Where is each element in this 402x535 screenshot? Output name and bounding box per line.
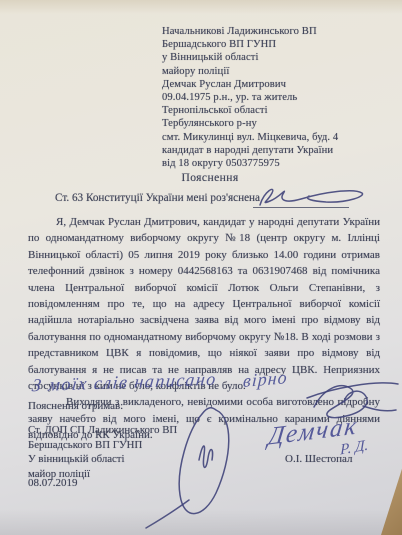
declarant-status-line: кандидат в народні депутати України: [162, 144, 394, 157]
addressee-line: у Вінницькій області: [162, 51, 394, 64]
article-63-line: Ст. 63 Конституції України мені роз'ясне…: [55, 192, 260, 204]
declarant-phone-line: від 18 округу 0503775975: [162, 157, 394, 170]
declarant-birth-line: 09.04.1975 р.н., ур. та житель: [162, 91, 394, 104]
document-photo: Начальникові Ладижинського ВП Бершадсько…: [0, 0, 402, 535]
declarant-region-line: Тернопільської області: [162, 104, 394, 117]
received-label: Пояснення отримав:: [28, 400, 123, 412]
handwritten-attestation-virno: вірно: [243, 367, 289, 392]
paragraph-1: Я, Демчак Руслан Дмитрович, кандидат у н…: [28, 214, 380, 394]
handwritten-signature-article: [252, 180, 370, 212]
declarant-district-line: Тербулянського р-ну: [162, 117, 394, 130]
declarant-address-line: смт. Микулинці вул. Міцкевича, буд. 4: [162, 131, 394, 144]
addressee-line: Начальникові Ладижинського ВП: [162, 25, 394, 38]
addressee-block: Начальникові Ладижинського ВП Бершадсько…: [162, 25, 394, 170]
addressee-line: Бершадського ВП ГУНП: [162, 38, 394, 51]
photo-bottom-shade: [0, 509, 402, 535]
document-date: 08.07.2019: [28, 477, 78, 489]
addressee-line: майору поліції: [162, 65, 394, 78]
officer-name: О.І. Шестопал: [285, 453, 353, 465]
declarant-name-line: Демчак Руслан Дмитрович: [162, 78, 394, 91]
